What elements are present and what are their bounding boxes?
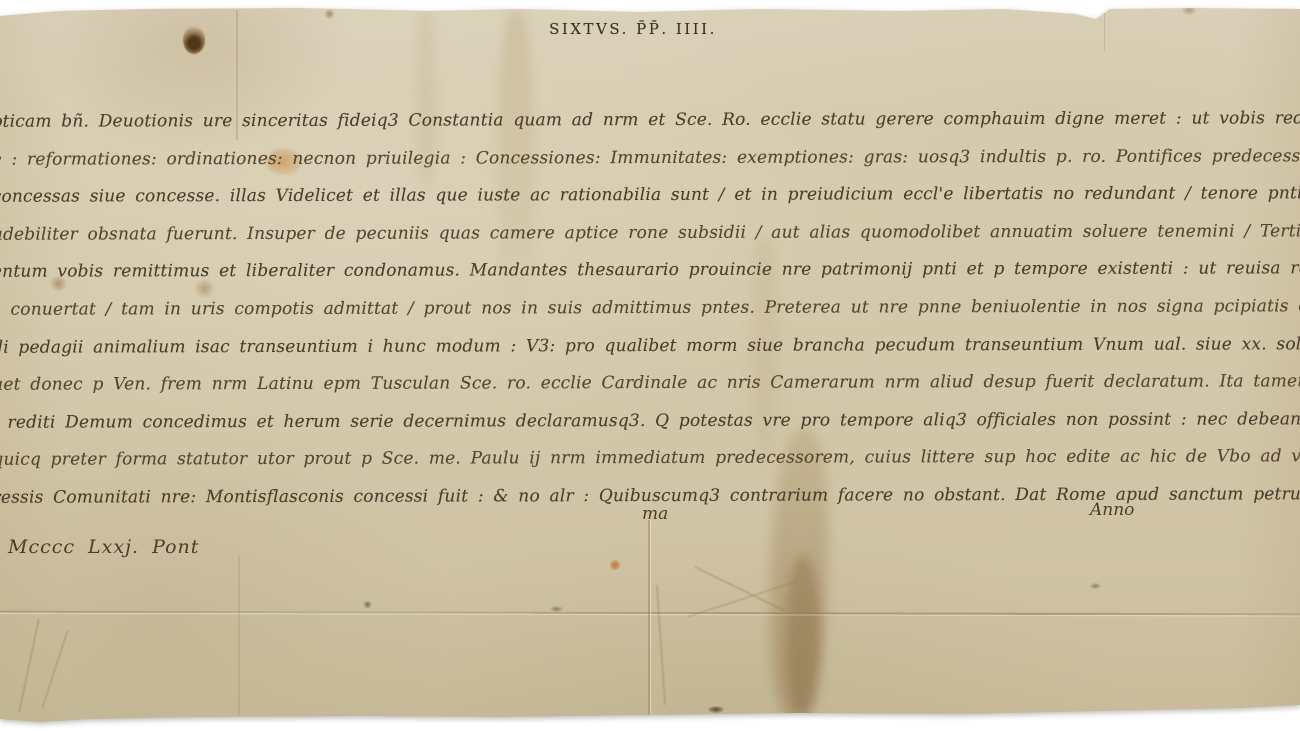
stain-speck [324,9,335,19]
manuscript-line: udebiliter obsnata fuerunt. Insuper de p… [0,213,1300,254]
date-line: Mcccc Lxxj. Pont [8,536,199,558]
manuscript-line: e : reformationes: ordinationes: necnon … [0,138,1300,179]
document-heading: SIXTVS. P̄P̄. IIII. [0,20,1283,38]
vertical-fold-crease [648,520,650,716]
edge-stain [708,706,724,713]
manuscript-line: uet donec p Ven. frem nrm Latinu epm Tus… [0,363,1300,404]
manuscript-line: s conuertat / tam in uris compotis admit… [0,288,1300,329]
water-stain-streak [786,556,820,718]
manuscript-line: pticam bñ. Deuotionis ure sinceritas fid… [0,100,1300,141]
wrinkle-line [688,580,798,617]
manuscript-line: di pedagii animalium isac transeuntium i… [0,326,1300,367]
wrinkle-line [695,566,786,611]
manuscript-line: i rediti Demum concedimus et herum serie… [0,401,1300,442]
stain-speck [363,601,372,608]
stain-speck [1182,6,1196,15]
annotation-anno: Anno [1090,500,1134,520]
annotation-ma: ma [642,504,668,524]
rust-speck [610,560,620,570]
wrinkle-line [18,619,40,712]
stain-speck [550,606,563,612]
photo-canvas: SIXTVS. P̄P̄. IIII. pticam bñ. Deuotioni… [0,0,1300,731]
wrinkle-line [656,585,666,705]
manuscript-line: quicq preter forma statutor utor prout p… [0,439,1300,480]
vertical-fold-crease [238,555,240,715]
manuscript-line: entum vobis remittimus et liberaliter co… [0,251,1300,292]
horizontal-fold-crease [0,611,1300,616]
manuscript-text-block: pticam bñ. Deuotionis ure sinceritas fid… [0,100,1300,517]
parchment-wrapper: SIXTVS. P̄P̄. IIII. pticam bñ. Deuotioni… [0,0,1300,731]
stain-speck [1090,583,1101,589]
manuscript-line: concessas siue concesse. illas Videlicet… [0,175,1300,216]
wrinkle-line [41,630,68,709]
parchment-document: SIXTVS. P̄P̄. IIII. pticam bñ. Deuotioni… [0,0,1300,731]
